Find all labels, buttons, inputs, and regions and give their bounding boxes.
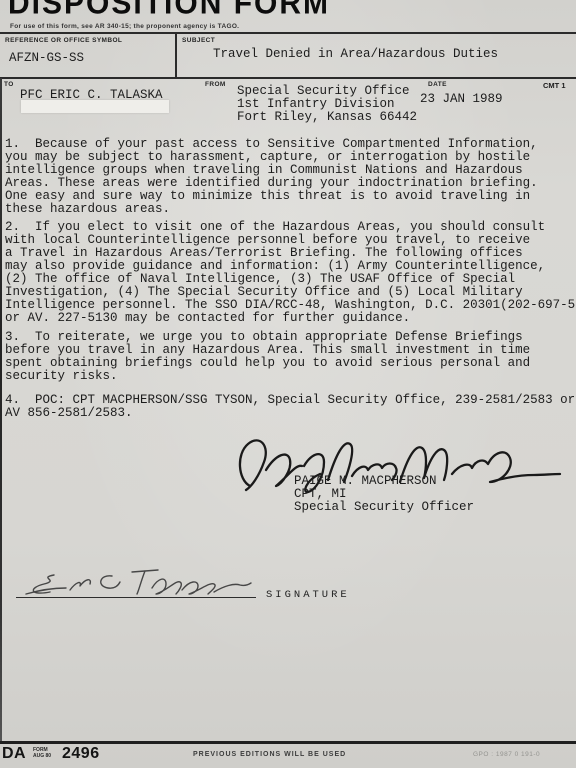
rule-header <box>0 77 576 79</box>
footer-da: DA <box>2 745 26 763</box>
redaction-box <box>21 100 169 113</box>
rule-top <box>0 32 576 34</box>
footer-edition: FORM AUG 80 <box>33 748 51 759</box>
talaska-signature-scrawl <box>20 566 255 600</box>
footer-gpo-note: GPO : 1987 0 191-0 <box>473 751 540 758</box>
footer-form-number: 2496 <box>62 745 100 763</box>
to-label: TO <box>4 81 14 88</box>
subject-value: Travel Denied in Area/Hazardous Duties <box>213 48 498 61</box>
form-title: DISPOSITION FORM <box>8 0 568 21</box>
reference-value: AFZN-GS-SS <box>9 52 84 65</box>
rule-footer <box>0 741 576 744</box>
cmt-badge: CMT 1 <box>543 81 566 90</box>
from-value: Special Security Office 1st Infantry Div… <box>237 85 417 124</box>
signer-title: Special Security Officer <box>294 501 474 514</box>
date-label: DATE <box>428 81 447 88</box>
footer-previous-editions-note: PREVIOUS EDITIONS WILL BE USED <box>193 751 346 758</box>
form-title-clipped: DISPOSITION FORM <box>8 0 568 21</box>
subject-label: SUBJECT <box>182 37 215 44</box>
from-label: FROM <box>205 81 226 88</box>
paragraph-4: 4. POC: CPT MACPHERSON/SSG TYSON, Specia… <box>5 394 576 420</box>
divider-reference-subject <box>175 32 177 77</box>
disposition-form-page: DISPOSITION FORM For use of this form, s… <box>0 0 576 768</box>
form-subtitle: For use of this form, see AR 340-15; the… <box>10 23 239 30</box>
scan-edge-artifact <box>0 78 2 742</box>
signature-typed-label: SIGNATURE <box>266 589 350 601</box>
date-value: 23 JAN 1989 <box>420 93 503 106</box>
paragraph-2: 2. If you elect to visit one of the Haza… <box>5 221 576 325</box>
paragraph-3: 3. To reiterate, we urge you to obtain a… <box>5 331 576 383</box>
paragraph-1: 1. Because of your past access to Sensit… <box>5 138 576 216</box>
reference-label: REFERENCE OR OFFICE SYMBOL <box>5 37 122 44</box>
signature-underline <box>16 597 256 598</box>
